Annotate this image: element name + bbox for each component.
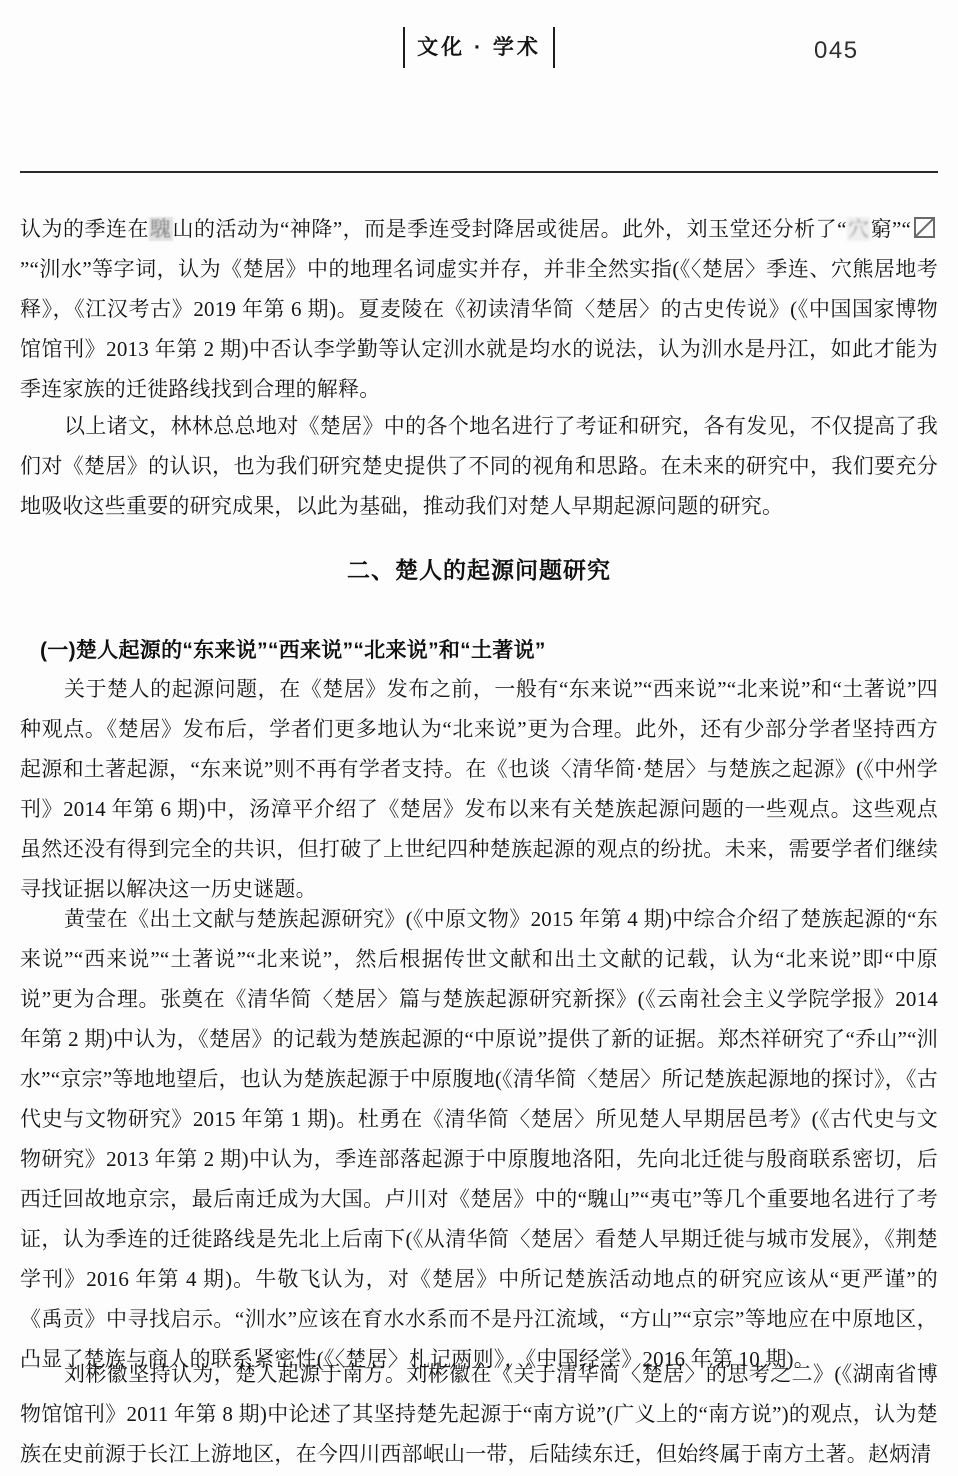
paragraph-continuation: 认为的季连在騩山的活动为“神降”，而是季连受封降居或徙居。此外，刘玉堂还分析了“… — [20, 209, 938, 409]
p1-text-b: 山的活动为“神降”，而是季连受封降居或徙居。此外，刘玉堂还分析了“ — [173, 217, 847, 241]
paragraph-south-origin-scholars: 刘彬徽坚持认为，楚人起源于南方。刘彬徽在《关于清华简〈楚居〉的思考之二》(《湖南… — [20, 1354, 938, 1474]
p1-text-d: ”“汌水”等字词，认为《楚居》中的地理名词虚实并存，并非全然实指(《〈楚居〉季连… — [20, 257, 938, 401]
header-divider-line — [20, 171, 938, 173]
section-heading: 二、楚人的起源问题研究 — [0, 552, 958, 585]
paragraph-north-origin-scholars: 黄莹在《出土文献与楚族起源研究》(《中原文物》2015 年第 4 期)中综合介绍… — [20, 899, 938, 1379]
journal-page: 文化 · 学术 045 认为的季连在騩山的活动为“神降”，而是季连受封降居或徙居… — [0, 0, 958, 1476]
subsection-heading: (一)楚人起源的“东来说”“西来说”“北来说”和“土著说” — [20, 634, 938, 664]
header-title-text: 文化 · 学术 — [403, 27, 555, 68]
p1-text-c: 窮”“ — [870, 217, 911, 241]
p1-text-a: 认为的季连在 — [20, 217, 149, 241]
blurred-rare-char-xue: 穴 — [847, 217, 871, 241]
page-number: 045 — [814, 37, 859, 65]
paragraph-origin-overview: 关于楚人的起源问题，在《楚居》发布之前，一般有“东来说”“西来说”“北来说”和“… — [20, 669, 938, 909]
missing-glyph-box-icon — [914, 217, 935, 238]
paragraph-summary: 以上诸文，林林总总地对《楚居》中的各个地名进行了考证和研究，各有发见，不仅提高了… — [20, 406, 938, 526]
blurred-rare-char-gui: 騩 — [149, 217, 173, 241]
